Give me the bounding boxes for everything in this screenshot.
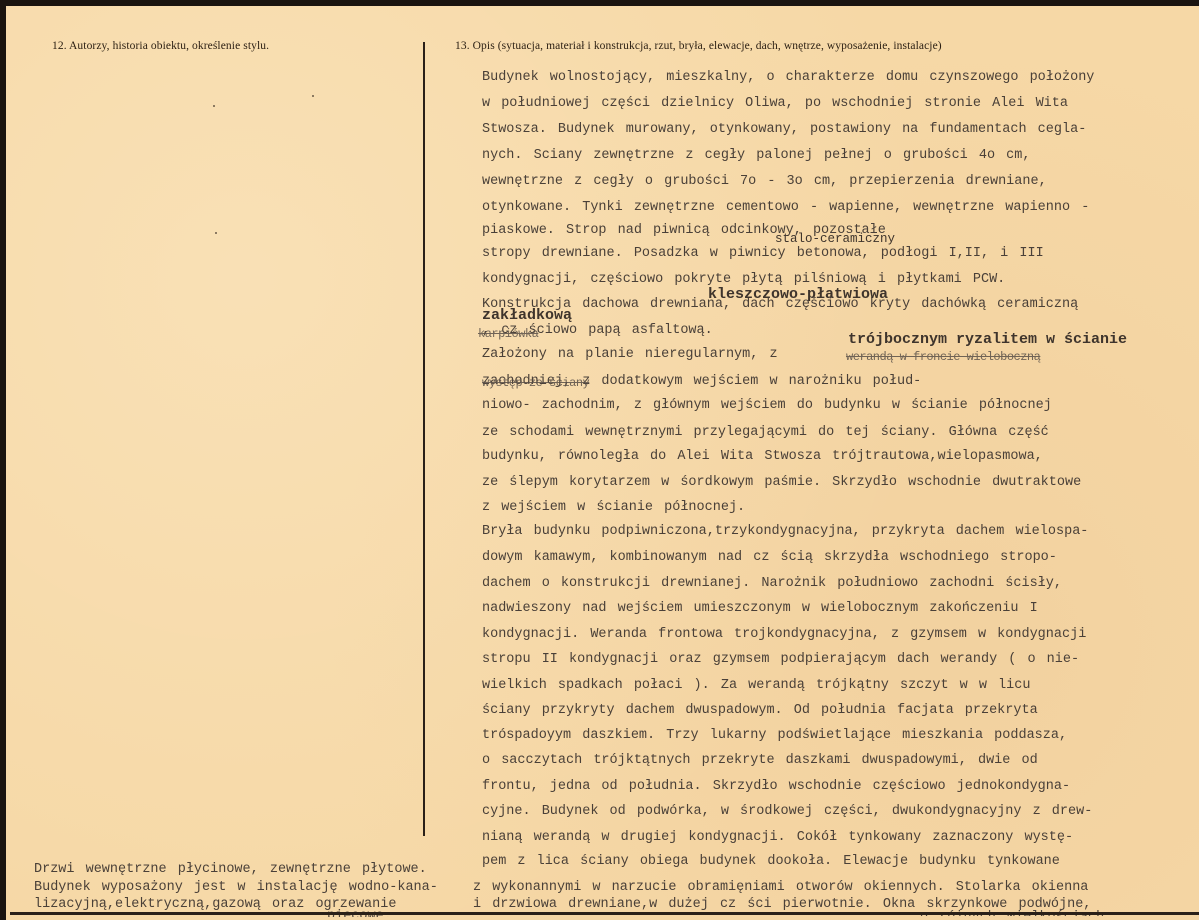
body-line: pem z lica ściany obiega budynek dookoła… [482,854,1192,874]
body-line: wielkich spadkach połaci ). Za werandą t… [482,678,1192,698]
body-line: wewnętrzne z cegły o grubości 7o - 3o cm… [482,174,1192,194]
section-13-heading: 13. Opis (sytuacja, materiał i konstrukc… [455,40,942,52]
footer-line: Drzwi wewnętrzne płycinowe, zewnętrzne p… [34,862,484,882]
scan-border-top [0,0,1199,6]
insertion-zakladkowa: zakładkową [482,307,572,324]
body-line: Bryła budynku podpiwniczona,trzykondygna… [482,524,1192,544]
body-line: kondygnacji. Weranda frontowa trojkondyg… [482,627,1192,647]
struck-out-wystep: występ ze ściany [482,376,589,390]
body-line: stropu II kondygnacji oraz gzymsem podpi… [482,652,1192,672]
body-line: otynkowane. Tynki zewnętrzne cementowo -… [482,200,1192,220]
body-line: dowym kamawym, kombinowanym nad cz ścią … [482,550,1192,570]
paper-speck [215,232,217,234]
body-line: z wejściem w ścianie północnej. [482,500,1192,520]
body-line: stropy drewniane. Posadzka w piwnicy bet… [482,246,1192,266]
paper-speck [312,95,314,97]
insertion-trojbocznym: trójbocznym ryzalitem w ścianie [848,331,1127,348]
paper-speck [213,105,215,107]
section-12-heading: 12. Autorzy, historia obiektu, określeni… [52,40,269,52]
form-bottom-rule [10,912,1199,915]
body-line: niowo- zachodnim, z głównym wejściem do … [482,398,1192,418]
struck-out-karpiowka: karpiówka [478,327,538,341]
insertion-stalo-ceramiczny: stalo-ceramiczny [775,232,895,246]
body-line: nadwieszony nad wejściem umieszczonym w … [482,601,1192,621]
body-line: budynku, równoległa do Alei Wita Stwosza… [482,449,1192,469]
body-line: nych. Sciany zewnętrzne z cegły palonej … [482,148,1192,168]
insertion-kleszczowo-platwiowa: kleszczowo-płatwiowa [708,286,888,303]
body-line: frontu, jedna od południa. Skrzydło wsch… [482,779,1192,799]
body-line: Stwosza. Budynek murowany, otynkowany, p… [482,122,1192,142]
body-line: tróspadoyym daszkiem. Trzy lukarny podśw… [482,728,1192,748]
body-line: Założony na planie nieregularnym, z [482,347,1192,367]
body-line: cyjne. Budynek od podwórka, w środkowej … [482,804,1192,824]
body-line: ściany przykryty dachem dwuspadowym. Od … [482,703,1192,723]
struck-out-weranda: werandą w froncie wieloboczną [846,350,1040,364]
body-line: nianą werandą w drugiej kondygnacji. Cok… [482,830,1192,850]
body-line: ze ślepym korytarzem w śordkowym paśmie.… [482,475,1192,495]
body-line: w południowej części dzielnicy Oliwa, po… [482,96,1192,116]
body-line: Budynek wolnostojący, mieszkalny, o char… [482,70,1192,90]
column-divider [423,42,425,836]
body-line: o sacczytach trójktątnych przekryte dasz… [482,753,1192,773]
body-line: ze schodami wewnętrznymi przylegającymi … [482,425,1192,445]
body-line: dachem o konstrukcji drewnianej. Narożni… [482,576,1192,596]
scan-border-left [0,0,6,920]
